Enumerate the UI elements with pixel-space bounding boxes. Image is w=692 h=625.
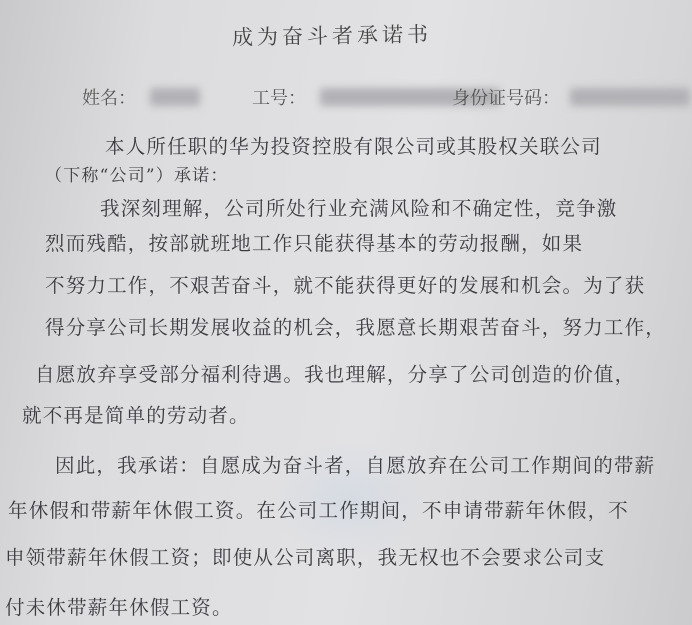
id-number-redacted (570, 88, 690, 106)
body-line: 年休假和带薪年休假工资。在公司工作期间，不申请带薪年休假，不 (8, 495, 629, 523)
name-redacted (150, 88, 200, 106)
body-line: 付未休带薪年休假工资。 (5, 592, 233, 620)
body-line: 就不再是简单的劳动者。 (22, 400, 250, 428)
commitment-letter-page: 成为奋斗者承诺书 姓名： 工号： 身份证号码： 本人所任职的华为投资控股有限公司… (0, 0, 692, 625)
employee-id-label: 工号： (252, 84, 306, 110)
body-line: 自愿放弃享受部分福利待遇。我也理解，分享了公司创造的价值， (35, 359, 635, 387)
id-number-label: 身份证号码： (452, 84, 560, 110)
body-line: 不努力工作，不艰苦奋斗，就不能获得更好的发展和机会。为了获 (45, 270, 645, 298)
personal-info-row: 姓名： 工号： 身份证号码： (80, 80, 692, 110)
body-line: （下称“公司”）承诺： (45, 161, 229, 186)
body-line: 本人所任职的华为投资控股有限公司或其股权关联公司 (105, 131, 602, 159)
body-line: 我深刻理解，公司所处行业充满风险和不确定性，竞争激 (100, 193, 618, 221)
body-line: 因此，我承诺：自愿成为奋斗者，自愿放弃在公司工作期间的带薪 (55, 450, 655, 478)
body-line: 申领带薪年休假工资；即使从公司离职，我无权也不会要求公司支 (5, 542, 605, 570)
body-line: 烈而残酷，按部就班地工作只能获得基本的劳动报酬，如果 (45, 228, 583, 256)
body-line: 得分享公司长期发展收益的机会，我愿意长期艰苦奋斗，努力工作， (45, 312, 666, 340)
name-label: 姓名： (82, 84, 136, 110)
document-title: 成为奋斗者承诺书 (232, 18, 432, 51)
